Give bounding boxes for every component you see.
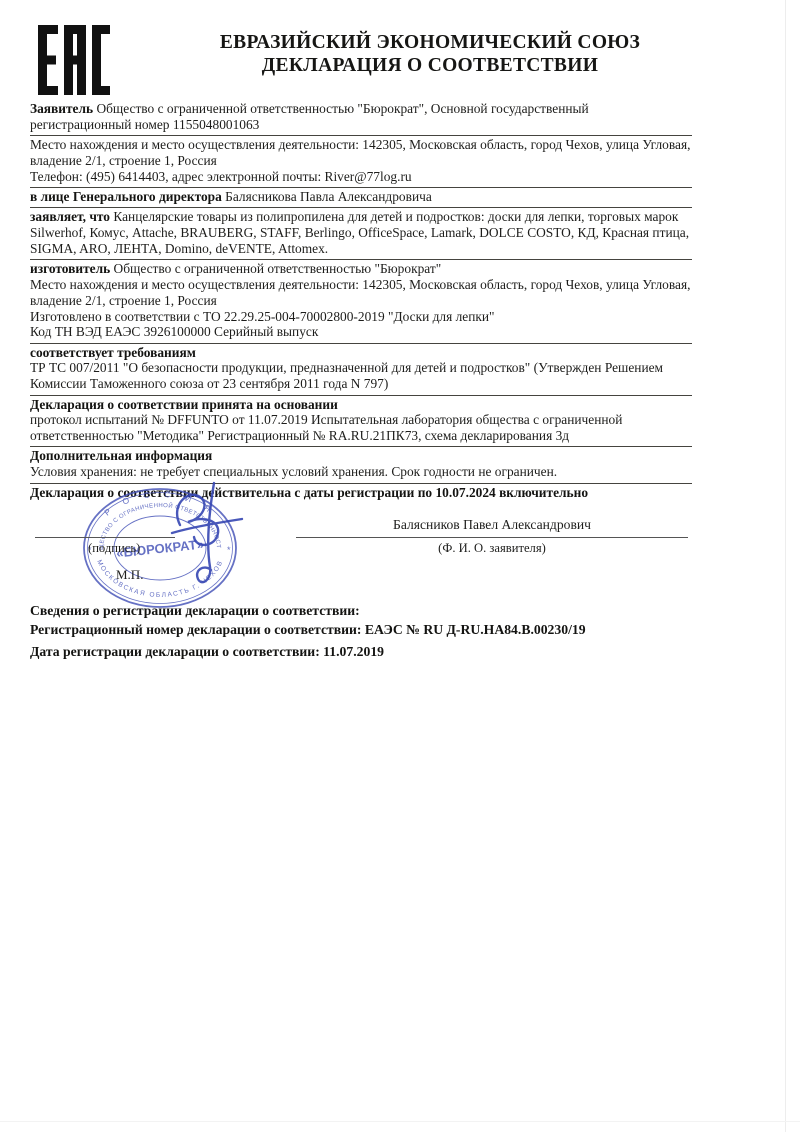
basis-section: Декларация о соответствии принята на осн… <box>30 396 692 448</box>
seal-place-label: М.П. <box>116 567 143 583</box>
doc-title-declaration: ДЕКЛАРАЦИЯ О СООТВЕТСТВИИ <box>150 54 710 77</box>
declares-text: Канцелярские товары из полипропилена для… <box>30 209 689 256</box>
additional-info-text: Условия хранения: не требует специальных… <box>30 464 692 480</box>
stamp-region-arc: МОСКОВСКАЯ ОБЛАСТЬ Г. ЧЕХОВ <box>95 559 224 599</box>
scan-page-edge-bottom <box>0 1121 800 1122</box>
manufacturer-label: изготовитель <box>30 261 110 276</box>
stamp-star-right: * <box>227 545 231 555</box>
applicant-address: Место нахождения и место осуществления д… <box>30 137 692 169</box>
compliance-label: соответствует требованиям <box>30 345 196 360</box>
compliance-text: ТР ТС 007/2011 "О безопасности продукции… <box>30 360 692 392</box>
applicant-address-section: Место нахождения и место осуществления д… <box>30 136 692 188</box>
director-label: в лице Генерального директора <box>30 189 222 204</box>
manufacturer-section: изготовитель Общество с ограниченной отв… <box>30 260 692 343</box>
doc-body: Заявитель Общество с ограниченной ответс… <box>30 100 692 660</box>
registration-block: Сведения о регистрации декларации о соот… <box>30 603 692 660</box>
doc-header: ЕВРАЗИЙСКИЙ ЭКОНОМИЧЕСКИЙ СОЮЗ ДЕКЛАРАЦИ… <box>150 31 710 77</box>
applicant-label: Заявитель <box>30 101 93 116</box>
validity-line: Декларация о соответствии действительна … <box>30 485 588 500</box>
scan-page-edge-right <box>785 0 786 1132</box>
fio-caption: (Ф. И. О. заявителя) <box>292 541 692 557</box>
fio-rule <box>296 537 688 538</box>
additional-info-section: Дополнительная информацияУсловия хранени… <box>30 447 692 483</box>
registration-title: Сведения о регистрации декларации о соот… <box>30 603 692 619</box>
manufacturer-address: Место нахождения и место осуществления д… <box>30 277 692 309</box>
validity-section: Декларация о соответствии действительна … <box>30 484 692 503</box>
doc-title-union: ЕВРАЗИЙСКИЙ ЭКОНОМИЧЕСКИЙ СОЮЗ <box>150 31 710 54</box>
director-name: Балясникова Павла Александровича <box>225 189 432 204</box>
manufacturer-name: Общество с ограниченной ответственностью… <box>114 261 442 276</box>
applicant-text: Общество с ограниченной ответственностью… <box>30 101 589 132</box>
applicant-fio: Балясников Павел Александрович <box>292 517 692 533</box>
basis-text: протокол испытаний № DFFUNTO от 11.07.20… <box>30 412 692 444</box>
signature-caption: (подпись) <box>88 541 140 557</box>
applicant-section: Заявитель Общество с ограниченной ответс… <box>30 100 692 136</box>
declares-label: заявляет, что <box>30 209 110 224</box>
eac-mark-icon <box>38 25 110 93</box>
declares-section: заявляет, что Канцелярские товары из пол… <box>30 208 692 260</box>
declaration-page: ЕВРАЗИЙСКИЙ ЭКОНОМИЧЕСКИЙ СОЮЗ ДЕКЛАРАЦИ… <box>0 0 800 1132</box>
director-section: в лице Генерального директора Балясников… <box>30 188 692 208</box>
compliance-section: соответствует требованиямТР ТС 007/2011 … <box>30 344 692 396</box>
signature-rule <box>35 537 175 538</box>
applicant-phone: Телефон: (495) 6414403, адрес электронно… <box>30 169 692 185</box>
registration-date: Дата регистрации декларации о соответств… <box>30 644 692 660</box>
registration-number: Регистрационный номер декларации о соотв… <box>30 622 692 638</box>
signature-area: Р О С С И Я ОБЩЕСТВО С ОГРАНИЧЕННОЙ ОТВЕ… <box>30 503 692 603</box>
applicant-fio-block: Балясников Павел Александрович (Ф. И. О.… <box>292 517 692 557</box>
manufacturer-standard: Изготовлено в соответствии с ТО 22.29.25… <box>30 309 692 325</box>
basis-label: Декларация о соответствии принята на осн… <box>30 397 338 412</box>
additional-info-label: Дополнительная информация <box>30 448 212 463</box>
tnved-code-line: Код ТН ВЭД ЕАЭС 3926100000 Серийный выпу… <box>30 324 692 340</box>
